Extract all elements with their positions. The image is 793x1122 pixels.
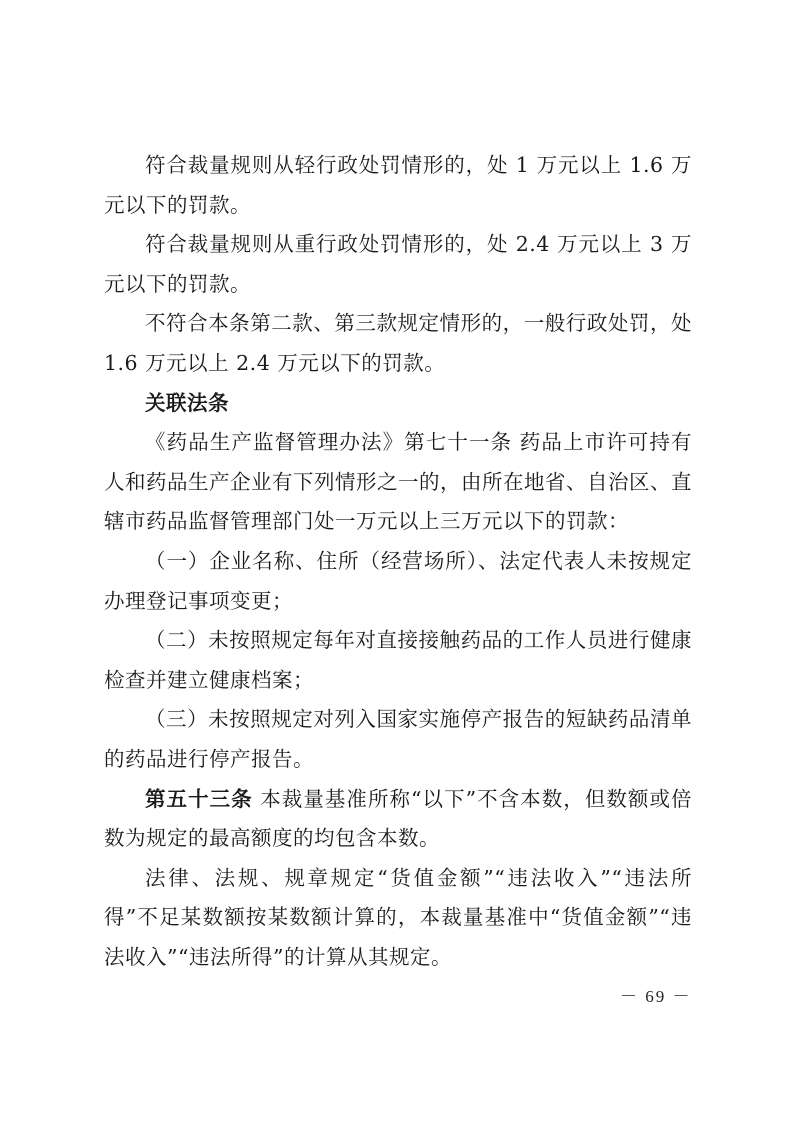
paragraph-light-penalty: 符合裁量规则从轻行政处罚情形的，处 1 万元以上 1.6 万元以下的罚款。 (104, 146, 692, 225)
article-53: 第五十三条 本裁量基准所称“以下”不含本数，但数额或倍数为规定的最高额度的均包含… (104, 780, 692, 859)
related-article-intro: 《药品生产监督管理办法》第七十一条 药品上市许可持有人和药品生产企业有下列情形之… (104, 423, 692, 542)
paragraph-general-penalty: 不符合本条第二款、第三款规定情形的，一般行政处罚，处 1.6 万元以上 2.4 … (104, 304, 692, 383)
article-53-label: 第五十三条 (145, 787, 253, 811)
document-page: 符合裁量规则从轻行政处罚情形的，处 1 万元以上 1.6 万元以下的罚款。 符合… (104, 146, 692, 977)
related-item-2: （二）未按照规定每年对直接接触药品的工作人员进行健康检查并建立健康档案； (104, 621, 692, 700)
related-item-1: （一）企业名称、住所（经营场所）、法定代表人未按规定办理登记事项变更； (104, 542, 692, 621)
related-articles-heading: 关联法条 (104, 384, 692, 424)
page-number: － 69 － (620, 982, 692, 1007)
paragraph-heavy-penalty: 符合裁量规则从重行政处罚情形的，处 2.4 万元以上 3 万元以下的罚款。 (104, 225, 692, 304)
final-paragraph: 法律、法规、规章规定“货值金额”“违法收入”“违法所得”不足某数额按某数额计算的… (104, 859, 692, 978)
related-item-3: （三）未按照规定对列入国家实施停产报告的短缺药品清单的药品进行停产报告。 (104, 700, 692, 779)
